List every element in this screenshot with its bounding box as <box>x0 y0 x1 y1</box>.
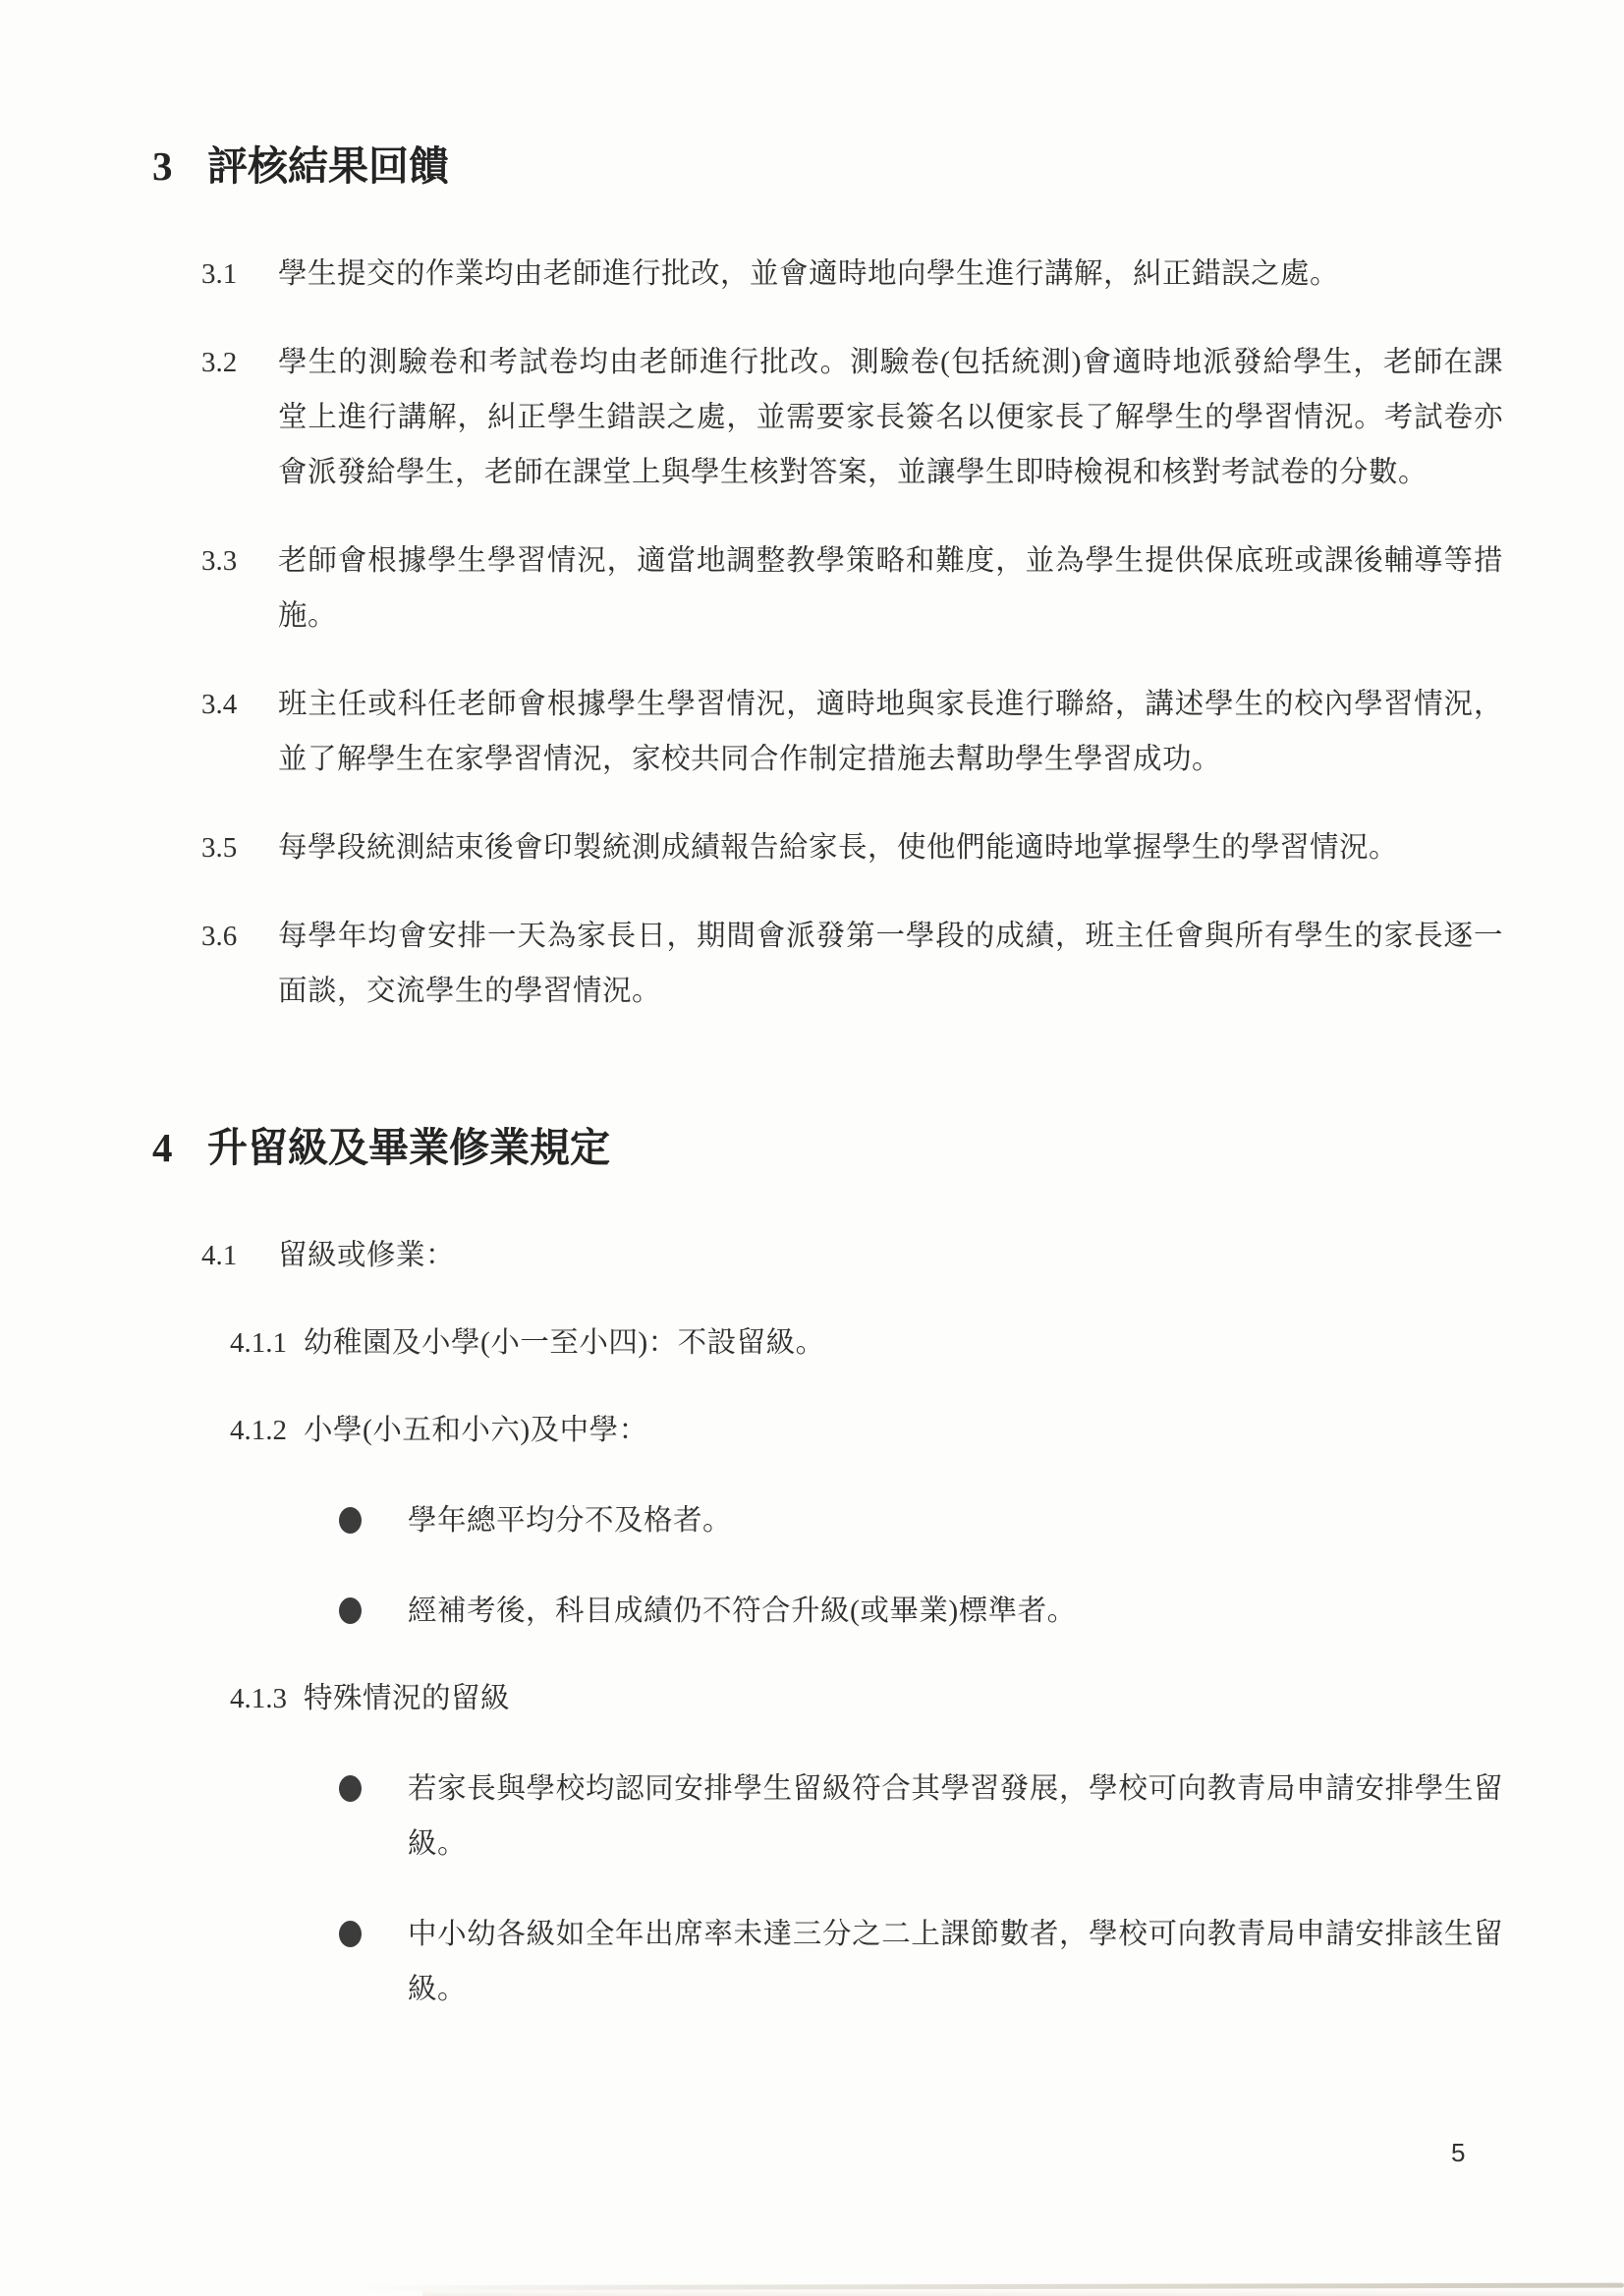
item-text: 每學年均會安排一天為家長日，期間會派發第一學段的成績，班主任會與所有學生的家長逐… <box>278 909 1503 1019</box>
list-subitem-4-1-3: 4.1.3 特殊情況的留級 <box>230 1671 1624 1726</box>
subitem-number: 4.1.3 <box>230 1671 287 1726</box>
list-item-4-1: 4.1 留級或修業： <box>201 1228 1624 1283</box>
item-number: 3.2 <box>201 335 278 500</box>
page-number: 5 <box>1451 2138 1465 2168</box>
subitem-text: 小學(小五和小六)及中學： <box>304 1403 648 1458</box>
item-number: 3.6 <box>201 909 278 1019</box>
list-item-3-5: 3.5 每學段統測結束後會印製統測成績報告給家長，使他們能適時地掌握學生的學習情… <box>201 820 1624 875</box>
bullet-text: 若家長與學校均認同安排學生留級符合其學習發展，學校可向教青局申請安排學生留級。 <box>408 1762 1503 1872</box>
bullet-dot-icon <box>339 1775 362 1802</box>
item-text: 老師會根據學生學習情況，適當地調整教學策略和難度，並為學生提供保底班或課後輔導等… <box>278 533 1503 644</box>
item-number: 4.1 <box>201 1228 278 1283</box>
subitem-text: 特殊情況的留級 <box>304 1671 510 1726</box>
bullet-dot-icon <box>339 1921 362 1947</box>
item-text: 每學段統測結束後會印製統測成績報告給家長，使他們能適時地掌握學生的學習情況。 <box>278 820 1503 875</box>
document-page: 3 評核結果回饋 3.1 學生提交的作業均由老師進行批改，並會適時地向學生進行講… <box>0 0 1624 2296</box>
list-item-3-2: 3.2 學生的測驗卷和考試卷均由老師進行批改。測驗卷(包括統測)會適時地派發給學… <box>201 335 1624 500</box>
section-4-heading: 4 升留級及畢業修業規定 <box>152 1125 1624 1171</box>
section-3-heading: 3 評核結果回饋 <box>152 143 1624 190</box>
item-number: 3.4 <box>201 677 278 787</box>
section-number: 3 <box>152 143 207 190</box>
subitem-number: 4.1.2 <box>230 1403 287 1458</box>
item-text: 留級或修業： <box>278 1228 1503 1283</box>
bullet-dot-icon <box>339 1507 362 1534</box>
item-number: 3.1 <box>201 247 278 302</box>
bullet-dot-icon <box>339 1597 362 1624</box>
bullet-item: 若家長與學校均認同安排學生留級符合其學習發展，學校可向教青局申請安排學生留級。 <box>339 1762 1624 1872</box>
list-item-3-6: 3.6 每學年均會安排一天為家長日，期間會派發第一學段的成績，班主任會與所有學生… <box>201 909 1624 1019</box>
bullet-item: 經補考後，科目成績仍不符合升級(或畢業)標準者。 <box>339 1584 1624 1639</box>
item-text: 班主任或科任老師會根據學生學習情況，適時地與家長進行聯絡，講述學生的校內學習情況… <box>278 677 1503 787</box>
bullet-item: 中小幼各級如全年出席率未達三分之二上課節數者，學校可向教青局申請安排該生留級。 <box>339 1907 1624 2017</box>
subitem-text: 幼稚園及小學(小一至小四)：不設留級。 <box>304 1316 825 1371</box>
bullet-text: 學年總平均分不及格者。 <box>408 1493 1503 1548</box>
bullet-text: 中小幼各級如全年出席率未達三分之二上課節數者，學校可向教青局申請安排該生留級。 <box>408 1907 1503 2017</box>
list-item-3-4: 3.4 班主任或科任老師會根據學生學習情況，適時地與家長進行聯絡，講述學生的校內… <box>201 677 1624 787</box>
list-subitem-4-1-1: 4.1.1 幼稚園及小學(小一至小四)：不設留級。 <box>230 1316 1624 1371</box>
bullet-text: 經補考後，科目成績仍不符合升級(或畢業)標準者。 <box>408 1584 1503 1639</box>
item-text: 學生的測驗卷和考試卷均由老師進行批改。測驗卷(包括統測)會適時地派發給學生，老師… <box>278 335 1503 500</box>
item-number: 3.3 <box>201 533 278 644</box>
section-title: 評核結果回饋 <box>207 143 449 190</box>
bullet-item: 學年總平均分不及格者。 <box>339 1493 1624 1548</box>
scan-edge-shadow <box>422 2289 1624 2296</box>
subitem-number: 4.1.1 <box>230 1316 287 1371</box>
item-text: 學生提交的作業均由老師進行批改，並會適時地向學生進行講解，糾正錯誤之處。 <box>278 247 1503 302</box>
section-title: 升留級及畢業修業規定 <box>207 1125 610 1171</box>
list-subitem-4-1-2: 4.1.2 小學(小五和小六)及中學： <box>230 1403 1624 1458</box>
list-item-3-1: 3.1 學生提交的作業均由老師進行批改，並會適時地向學生進行講解，糾正錯誤之處。 <box>201 247 1624 302</box>
list-item-3-3: 3.3 老師會根據學生學習情況，適當地調整教學策略和難度，並為學生提供保底班或課… <box>201 533 1624 644</box>
section-number: 4 <box>152 1125 207 1171</box>
item-number: 3.5 <box>201 820 278 875</box>
